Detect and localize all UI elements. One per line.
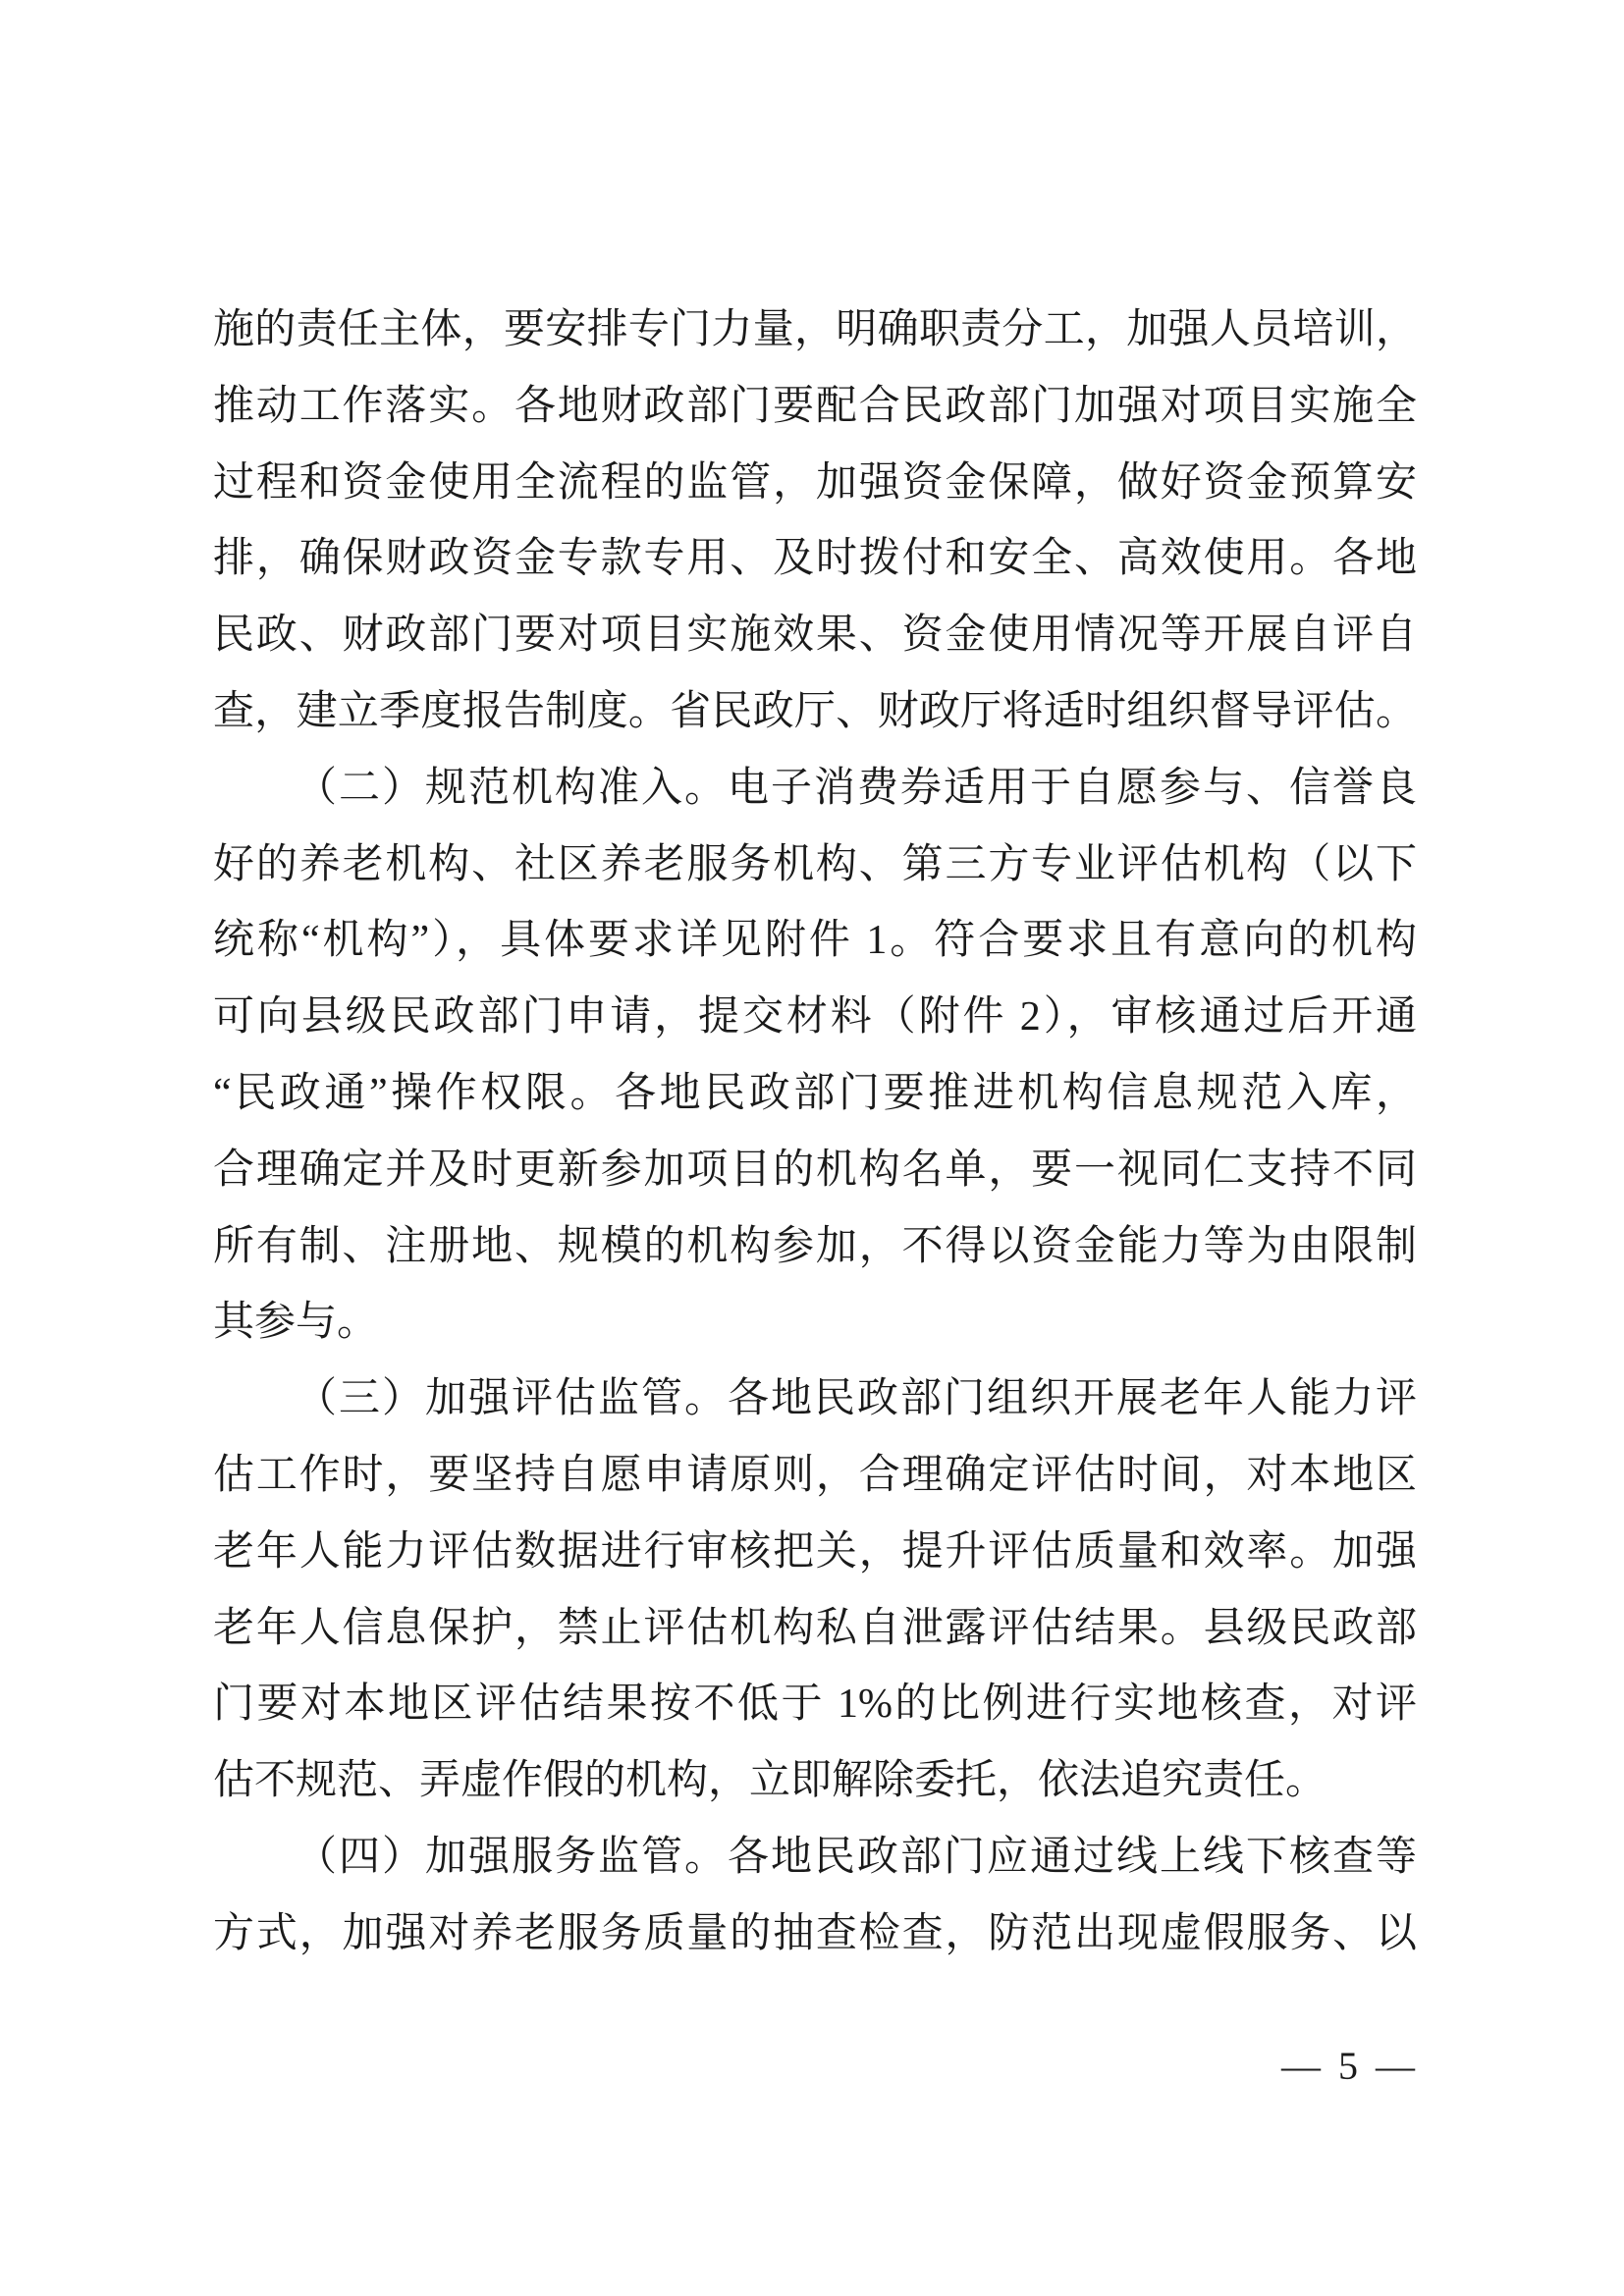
text-line: 方式，加强对养老服务质量的抽查检查，防范出现虚假服务、以 (213, 1896, 1417, 1973)
text-line: 统称“机构”），具体要求详见附件 1。符合要求且有意向的机构 (213, 903, 1417, 980)
text-line: 老年人能力评估数据进行审核把关，提升评估质量和效率。加强 (213, 1515, 1417, 1591)
text-line: “民政通”操作权限。各地民政部门要推进机构信息规范入库， (213, 1056, 1417, 1133)
page-footer: — 5 — (1281, 2045, 1419, 2088)
text-line: 施的责任主体，要安排专门力量，明确职责分工，加强人员培训， (213, 293, 1417, 369)
text-line: 门要对本地区评估结果按不低于 1%的比例进行实地核查，对评 (213, 1667, 1417, 1743)
text-line: 好的养老机构、社区养老服务机构、第三方专业评估机构（以下 (213, 828, 1417, 904)
text-line: 民政、财政部门要对项目实施效果、资金使用情况等开展自评自 (213, 598, 1417, 674)
text-line: 排，确保财政资金专款专用、及时拨付和安全、高效使用。各地 (213, 521, 1417, 598)
paragraph-last-line: 估不规范、弄虚作假的机构，立即解除委托，依法追究责任。 (213, 1743, 1417, 1820)
document-page: 施的责任主体，要安排专门力量，明确职责分工，加强人员培训， 推动工作落实。各地财… (0, 0, 1624, 2296)
text-line: 过程和资金使用全流程的监管，加强资金保障，做好资金预算安 (213, 446, 1417, 522)
text-line: 查，建立季度报告制度。省民政厅、财政厅将适时组织督导评估。 (213, 674, 1417, 751)
text-line: 合理确定并及时更新参加项目的机构名单，要一视同仁支持不同 (213, 1133, 1417, 1209)
paragraph-last-line: 其参与。 (213, 1285, 1417, 1362)
text-line: 推动工作落实。各地财政部门要配合民政部门加强对项目实施全 (213, 369, 1417, 446)
text-body: 施的责任主体，要安排专门力量，明确职责分工，加强人员培训， 推动工作落实。各地财… (213, 293, 1417, 1973)
paragraph-first-line: （四）加强服务监管。各地民政部门应通过线上线下核查等 (213, 1820, 1417, 1896)
text-line: 所有制、注册地、规模的机构参加，不得以资金能力等为由限制 (213, 1209, 1417, 1286)
text-line: 可向县级民政部门申请，提交材料（附件 2），审核通过后开通 (213, 980, 1417, 1056)
page-number: — 5 — (1281, 2044, 1419, 2088)
paragraph-first-line: （二）规范机构准入。电子消费券适用于自愿参与、信誉良 (213, 751, 1417, 828)
text-line: 估工作时，要坚持自愿申请原则，合理确定评估时间，对本地区 (213, 1438, 1417, 1515)
text-line: 老年人信息保护，禁止评估机构私自泄露评估结果。县级民政部 (213, 1591, 1417, 1668)
paragraph-first-line: （三）加强评估监管。各地民政部门组织开展老年人能力评 (213, 1362, 1417, 1438)
